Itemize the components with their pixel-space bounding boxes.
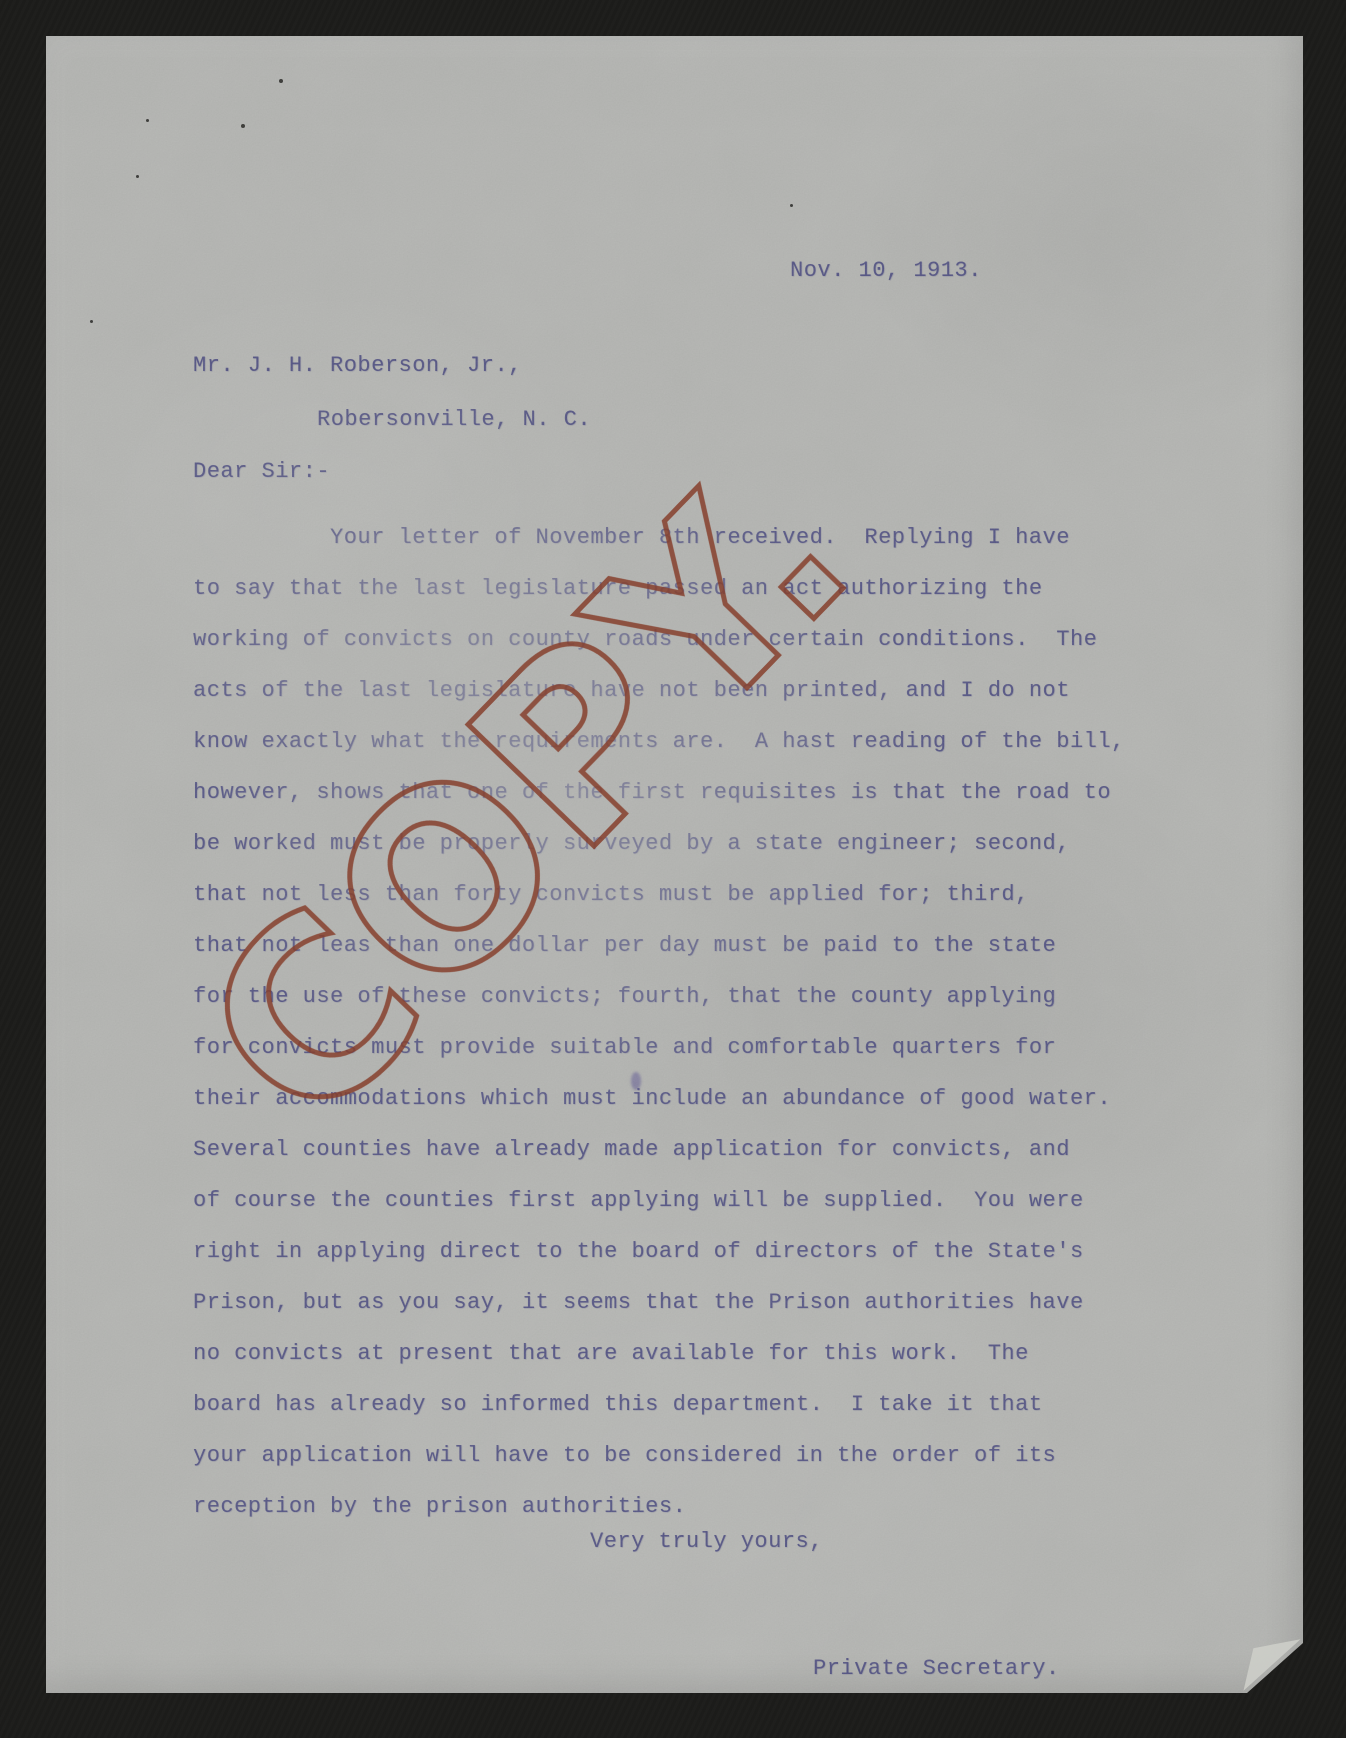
body-line: no convicts at present that are availabl…	[193, 1328, 1193, 1379]
ink-speck	[241, 124, 245, 128]
body-line: that not less than forty convicts must b…	[193, 869, 1193, 920]
signature-title: Private Secretary.	[813, 1656, 1060, 1681]
body-line: acts of the last legislature have not be…	[193, 665, 1193, 716]
salutation: Dear Sir:-	[193, 459, 330, 484]
closing: Very truly yours,	[590, 1529, 823, 1554]
body-line: know exactly what the requirements are. …	[193, 716, 1193, 767]
body-line: their accommodations which must include …	[193, 1073, 1193, 1124]
ink-speck	[136, 175, 139, 178]
body-line: Several counties have already made appli…	[193, 1124, 1193, 1175]
letter-paper: Nov. 10, 1913. Mr. J. H. Roberson, Jr., …	[46, 36, 1303, 1693]
body-line: Prison, but as you say, it seems that th…	[193, 1277, 1193, 1328]
recipient-city: Robersonville, N. C.	[317, 407, 591, 432]
body-line: reception by the prison authorities.	[193, 1481, 1193, 1532]
body-line: however, shows that one of the first req…	[193, 767, 1193, 818]
body-line: be worked must be properly surveyed by a…	[193, 818, 1193, 869]
body-line: Your letter of November 8th received. Re…	[193, 512, 1193, 563]
ink-speck	[90, 320, 93, 323]
ink-speck	[790, 204, 793, 207]
body-line: working of convicts on county roads unde…	[193, 614, 1193, 665]
body-line: of course the counties first applying wi…	[193, 1175, 1193, 1226]
body-line: your application will have to be conside…	[193, 1430, 1193, 1481]
ink-smudge	[631, 1072, 641, 1090]
body-line: right in applying direct to the board of…	[193, 1226, 1193, 1277]
body-line: board has already so informed this depar…	[193, 1379, 1193, 1430]
letter-date: Nov. 10, 1913.	[790, 258, 982, 283]
body-line: for convicts must provide suitable and c…	[193, 1022, 1193, 1073]
recipient-name: Mr. J. H. Roberson, Jr.,	[193, 353, 522, 378]
ink-speck	[146, 119, 149, 122]
body-line: that not leas than one dollar per day mu…	[193, 920, 1193, 971]
ink-speck	[279, 79, 283, 83]
letter-body: Your letter of November 8th received. Re…	[193, 512, 1193, 1532]
body-line: for the use of these convicts; fourth, t…	[193, 971, 1193, 1022]
body-line: to say that the last legislature passed …	[193, 563, 1193, 614]
